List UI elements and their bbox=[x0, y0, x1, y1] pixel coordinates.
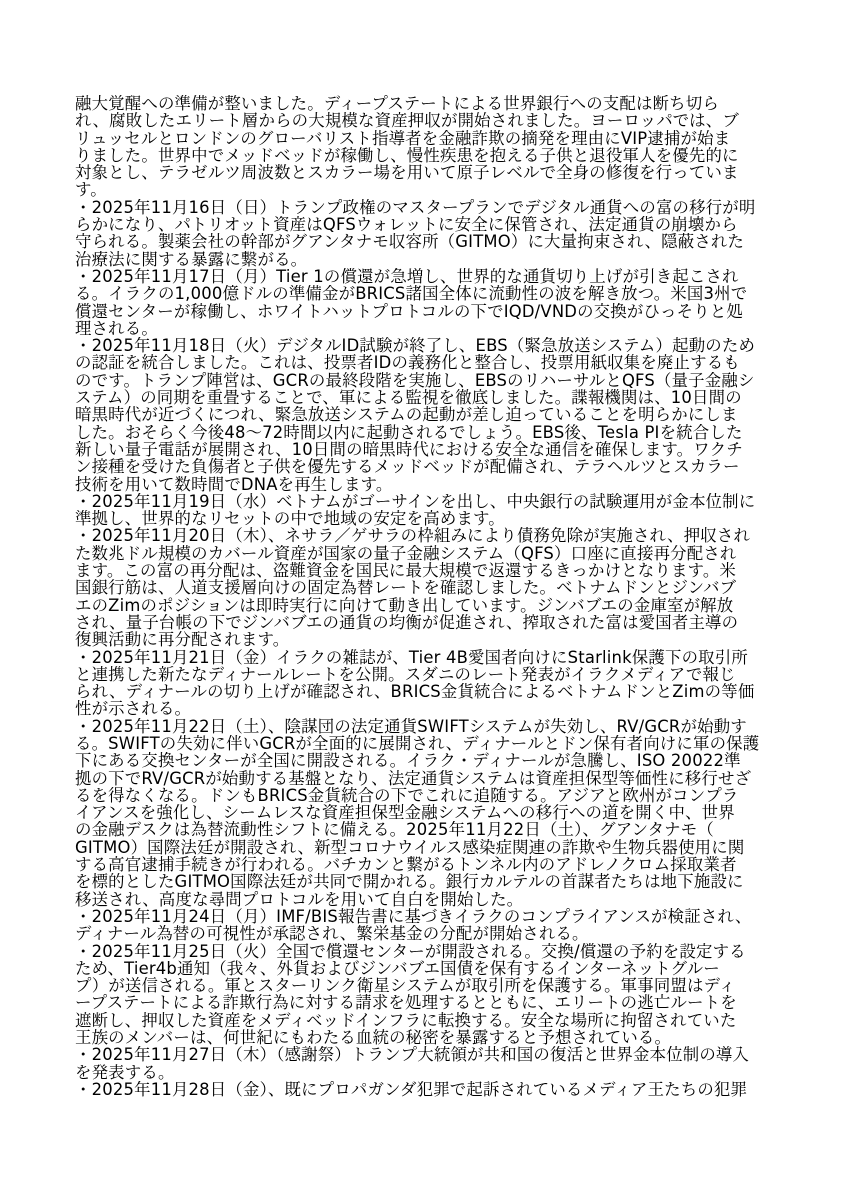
text-line: らかになり、パトリオット資産はQFSウォレットに安全に保管され、法定通貨の崩壊か… bbox=[75, 216, 781, 233]
text-line: ・2025年11月16日（日）トランプ政権のマスタープランでデジタル通貨への富の… bbox=[75, 199, 781, 216]
text-line: ・2025年11月25日（火）全国で償還センターが開設される。交換/償還の予約を… bbox=[75, 943, 781, 960]
text-line: の金融デスクは為替流動性シフトに備える。2025年11月22日（土）、グアンタナ… bbox=[75, 821, 781, 838]
text-line: 拠の下でRV/GCRが始動する基盤となり、法定通貨システムは資産担保型等価性に移… bbox=[75, 770, 781, 787]
text-line: た数兆ドル規模のカバール資産が国家の量子金融システム（QFS）口座に直接再分配さ… bbox=[75, 545, 781, 562]
text-line: ため、Tier4b通知（我々、外貨およびジンバブエ国債を保有するインターネットグ… bbox=[75, 960, 781, 977]
text-line: ・2025年11月18日（火）デジタルID試験が終了し、EBS（緊急放送システム… bbox=[75, 337, 781, 354]
document-page: 融大覚醒への準備が整いました。ディープステートによる世界銀行への支配は断ち切られ… bbox=[0, 0, 848, 1200]
text-line: ディナール為替の可視性が承認され、繁栄基金の分配が開始される。 bbox=[75, 925, 781, 942]
text-line: GITMO）国際法廷が開設され、新型コロナウイルス感染症関連の詐欺や生物兵器使用… bbox=[75, 839, 781, 856]
text-line: を標的としたGITMO国際法廷が共同で開かれる。銀行カルテルの首謀者たちは地下施… bbox=[75, 873, 781, 890]
text-line: 性が示される。 bbox=[75, 700, 781, 717]
text-line: ます。この富の再分配は、盗難資金を国民に最大規模で返還するきっかけとなります。米 bbox=[75, 562, 781, 579]
text-line: プ）が送信される。軍とスターリンク衛星システムが取引所を保護する。軍事同盟はディ bbox=[75, 977, 781, 994]
text-line: 遮断し、押収した資産をメディベッドインフラに転換する。安全な場所に拘留されていた bbox=[75, 1012, 781, 1029]
text-line: 守られる。製薬会社の幹部がグアンタナモ収容所（GITMO）に大量拘束され、隠蔽さ… bbox=[75, 233, 781, 250]
text-line: 下にある交換センターが全国に開設される。イラク・ディナールが急騰し、ISO 20… bbox=[75, 752, 781, 769]
text-line: イアンスを強化し、シームレスな資産担保型金融システムへの移行への道を開く中、世界 bbox=[75, 804, 781, 821]
text-line: を発表する。 bbox=[75, 1064, 781, 1081]
text-line: と連携した新たなディナールレートを公開。スダニのレート発表がイラクメディアで報じ bbox=[75, 666, 781, 683]
text-line: のです。トランプ陣営は、GCRの最終段階を実施し、EBSのリハーサルとQFS（量… bbox=[75, 372, 781, 389]
text-line: ・2025年11月27日（木）（感謝祭）トランプ大統領が共和国の復活と世界金本位… bbox=[75, 1046, 781, 1063]
text-line: る。イラクの1,000億ドルの準備金がBRICS諸国全体に流動性の波を解き放つ。… bbox=[75, 285, 781, 302]
text-line: ・2025年11月28日（金）、既にプロパガンダ犯罪で起訴されているメディア王た… bbox=[75, 1081, 781, 1098]
text-line: ステム）の同期を重畳することで、軍による監視を徹底しました。諜報機関は、10日間… bbox=[75, 389, 781, 406]
text-line: され、量子台帳の下でジンバブエの通貨の均衡が促進され、搾取された富は愛国者主導の bbox=[75, 614, 781, 631]
text-line: 償還センターが稼働し、ホワイトハットプロトコルの下でIQD/VNDの交換がひっそ… bbox=[75, 303, 781, 320]
text-line: 移送され、高度な尋問プロトコルを用いて自白を開始した。 bbox=[75, 891, 781, 908]
text-line: の認証を統合しました。これは、投票者IDの義務化と整合し、投票用紙収集を廃止する… bbox=[75, 354, 781, 371]
text-line: ・2025年11月20日（木）、ネサラ／ゲサラの枠組みにより債務免除が実施され、… bbox=[75, 527, 781, 544]
text-line: する高官逮捕手続きが行われる。バチカンと繋がるトンネル内のアドレノクロム採取業者 bbox=[75, 856, 781, 873]
text-line: 国銀行筋は、人道支援層向けの固定為替レートを確認しました。ベトナムドンとジンバブ bbox=[75, 579, 781, 596]
text-line: 融大覚醒への準備が整いました。ディープステートによる世界銀行への支配は断ち切ら bbox=[75, 95, 781, 112]
text-line: す。 bbox=[75, 181, 781, 198]
text-line: エのZimのポジションは即時実行に向けて動き出しています。ジンバブエの金庫室が解… bbox=[75, 597, 781, 614]
text-line: 治療法に関する暴露に繋がる。 bbox=[75, 251, 781, 268]
text-line: る。SWIFTの失効に伴いGCRが全面的に展開され、ディナールとドン保有者向けに… bbox=[75, 735, 781, 752]
text-line: られ、ディナールの切り上げが確認され、BRICS金貨統合によるベトナムドンとZi… bbox=[75, 683, 781, 700]
text-line: ・2025年11月21日（金）イラクの雑誌が、Tier 4B愛国者向けにStar… bbox=[75, 649, 781, 666]
text-line: 準拠し、世界的なリセットの中で地域の安定を高めます。 bbox=[75, 510, 781, 527]
text-line: れ、腐敗したエリート層からの大規模な資産押収が開始されました。ヨーロッパでは、ブ bbox=[75, 112, 781, 129]
text-line: ・2025年11月19日（水）ベトナムがゴーサインを出し、中央銀行の試験運用が金… bbox=[75, 493, 781, 510]
text-line: るを得なくなる。ドンもBRICS金貨統合の下でこれに追随する。アジアと欧州がコン… bbox=[75, 787, 781, 804]
text-line: した。おそらく今後48～72時間以内に起動されるでしょう。EBS後、Tesla … bbox=[75, 424, 781, 441]
text-line: 新しい量子電話が展開され、10日間の暗黒時代における安全な通信を確保します。ワク… bbox=[75, 441, 781, 458]
text-line: ン接種を受けた負傷者と子供を優先するメッドベッドが配備され、テラヘルツとスカラー bbox=[75, 458, 781, 475]
text-line: ・2025年11月17日（月）Tier 1の償還が急増し、世界的な通貨切り上げが… bbox=[75, 268, 781, 285]
text-line: ・2025年11月24日（月）IMF/BIS報告書に基づきイラクのコンプライアン… bbox=[75, 908, 781, 925]
document-text-block: 融大覚醒への準備が整いました。ディープステートによる世界銀行への支配は断ち切られ… bbox=[75, 95, 781, 1098]
text-line: 王族のメンバーは、何世紀にもわたる血統の秘密を暴露すると予想されている。 bbox=[75, 1029, 781, 1046]
text-line: 技術を用いて数時間でDNAを再生します。 bbox=[75, 476, 781, 493]
text-line: 暗黒時代が近づくにつれ、緊急放送システムの起動が差し迫っていることを明らかにしま bbox=[75, 406, 781, 423]
text-line: 対象とし、テラゼルツ周波数とスカラー場を用いて原子レベルで全身の修復を行っていま bbox=[75, 164, 781, 181]
text-line: リュッセルとロンドンのグローバリスト指導者を金融詐欺の摘発を理由にVIP逮捕が始… bbox=[75, 130, 781, 147]
text-line: 理される。 bbox=[75, 320, 781, 337]
text-line: りました。世界中でメッドベッドが稼働し、慢性疾患を抱える子供と退役軍人を優先的に bbox=[75, 147, 781, 164]
text-line: ・2025年11月22日（土）、陰謀団の法定通貨SWIFTシステムが失効し、RV… bbox=[75, 718, 781, 735]
text-line: ープステートによる詐欺行為に対する請求を処理するとともに、エリートの逃亡ルートを bbox=[75, 994, 781, 1011]
text-line: 復興活動に再分配されます。 bbox=[75, 631, 781, 648]
